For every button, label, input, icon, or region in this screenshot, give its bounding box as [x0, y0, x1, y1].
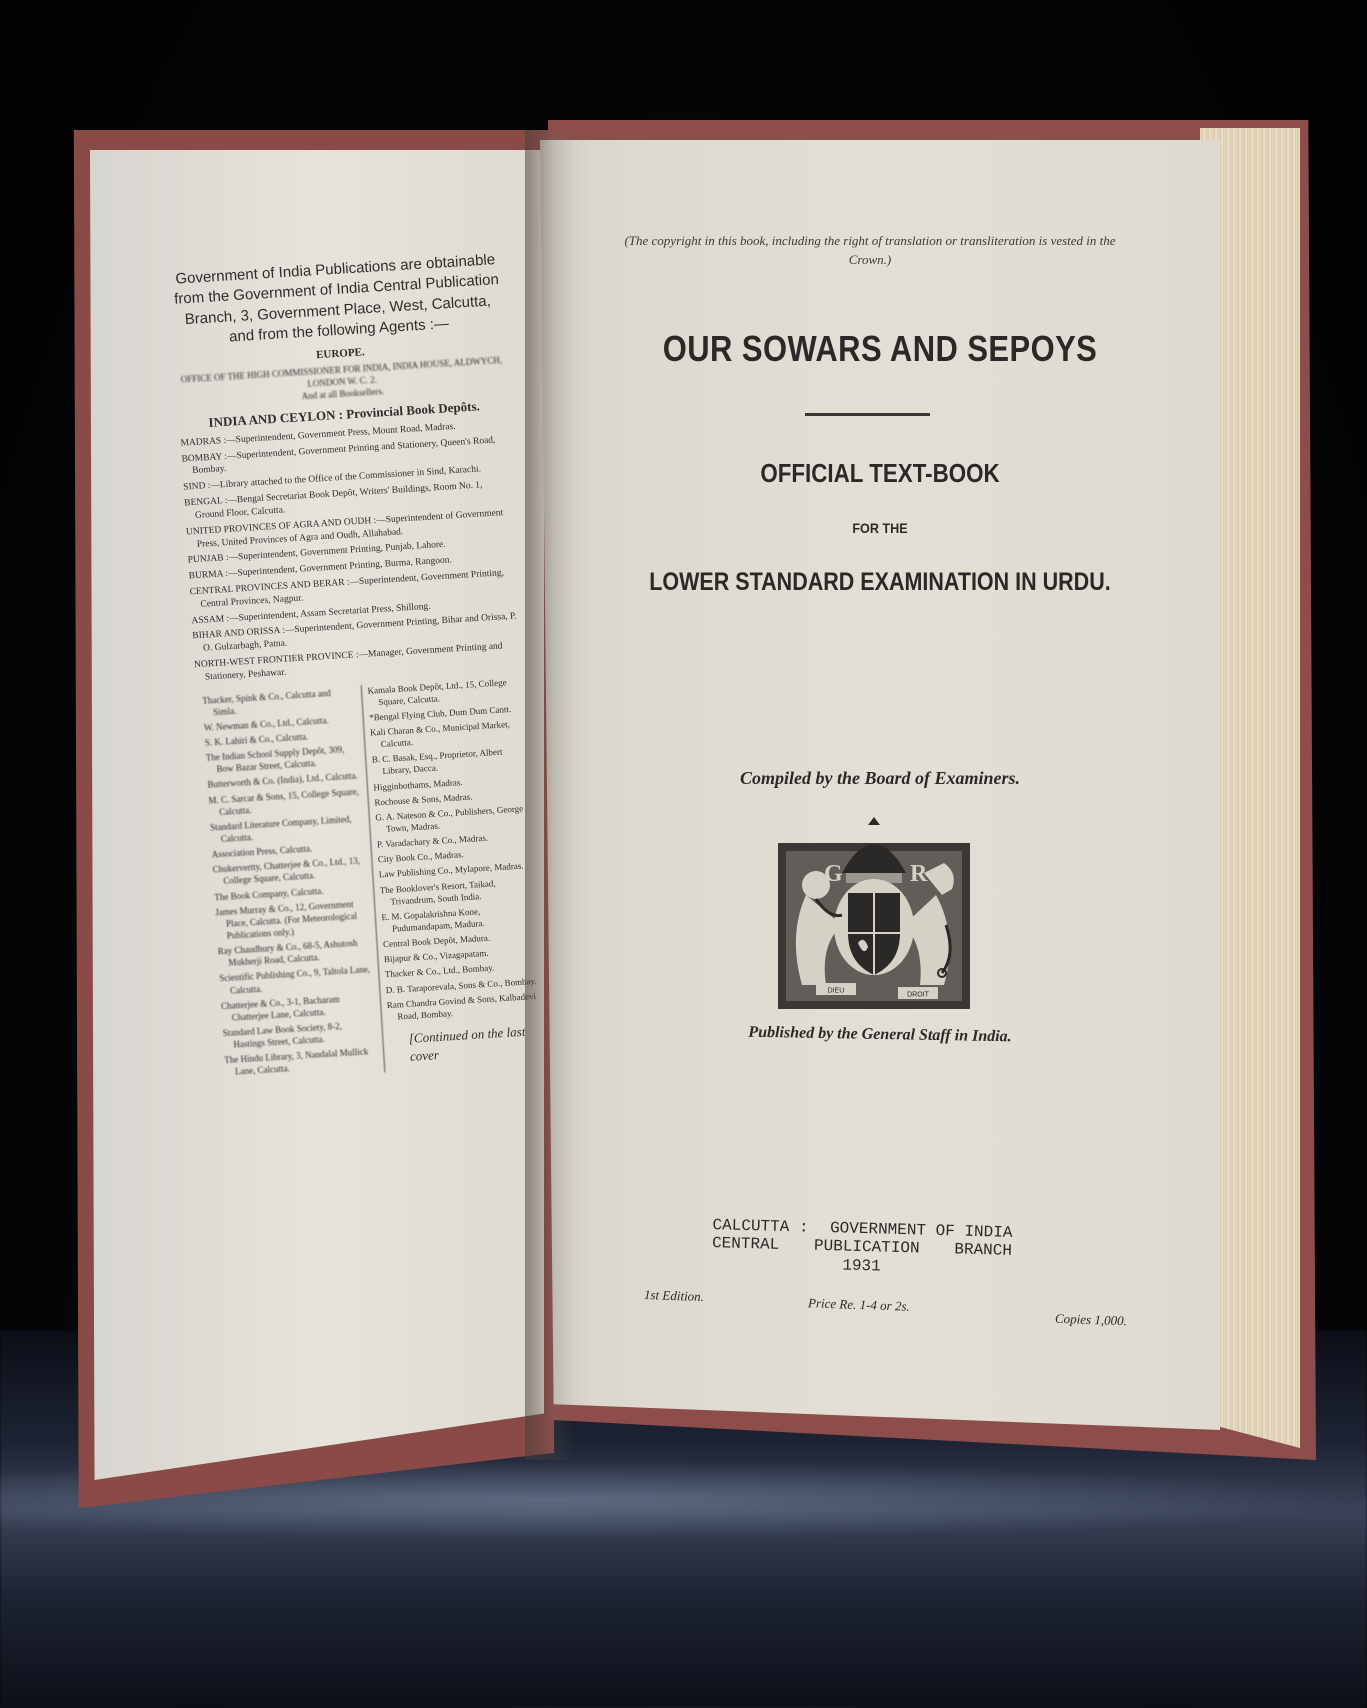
royal-coat-of-arms-icon: G R DIEU DROIT — [776, 815, 972, 1011]
title-page: (The copyright in this book, including t… — [540, 140, 1220, 1430]
book-gutter — [525, 130, 575, 1460]
imprint-city: CALCUTTA : — [712, 1216, 808, 1237]
photo-scene: Government of India Publications are obt… — [0, 0, 1367, 1708]
imprint-word: CENTRAL — [712, 1234, 780, 1254]
svg-text:DROIT: DROIT — [907, 992, 930, 999]
agents-columns: Thacker, Spink & Co., Calcutta and Simla… — [196, 675, 544, 1082]
copyright-notice: (The copyright in this book, including t… — [620, 232, 1120, 270]
compiled-by: Compiled by the Board of Examiners. — [540, 768, 1220, 789]
exam-title: LOWER STANDARD EXAMINATION IN URDU. — [588, 568, 1173, 597]
title-rule — [805, 413, 930, 416]
agents-column-1: Thacker, Spink & Co., Calcutta and Simla… — [196, 685, 385, 1082]
book-subtitle: OFFICIAL TEXT-BOOK — [588, 458, 1173, 489]
left-page: Government of India Publications are obt… — [90, 150, 544, 1480]
imprint-block: CALCUTTA : GOVERNMENT OF INDIA CENTRAL P… — [711, 1216, 1012, 1279]
published-by: Published by the General Staff in India. — [540, 1020, 1220, 1050]
copies-note: Copies 1,000. — [1055, 1311, 1127, 1329]
agents-list: Government of India Publications are obt… — [170, 250, 544, 1082]
svg-text:DIEU: DIEU — [828, 988, 845, 995]
imprint-word: PUBLICATION — [814, 1237, 920, 1258]
for-the-label: FOR THE — [574, 520, 1186, 536]
edition-note: 1st Edition. — [644, 1287, 704, 1305]
book-title: OUR SOWARS AND SEPOYS — [588, 328, 1173, 370]
continued-note: [Continued on the last cover — [388, 1022, 542, 1066]
imprint-word: BRANCH — [954, 1241, 1012, 1261]
agents-intro: Government of India Publications are obt… — [170, 250, 504, 351]
list-item: The Hindu Library, 3, Nandalal Mullick L… — [224, 1045, 378, 1079]
provincial-agents: MADRAS :—Superintendent, Government Pres… — [180, 417, 525, 684]
agents-column-2: Kamala Book Depôt, Ltd., 15, College Squ… — [361, 675, 544, 1072]
price-note: Price Re. 1-4 or 2s. — [808, 1295, 910, 1315]
list-item: James Murray & Co., 12, Government Place… — [215, 897, 369, 943]
list-item: Ram Chandra Govind & Sons, Kalbadevi Roa… — [386, 990, 540, 1024]
